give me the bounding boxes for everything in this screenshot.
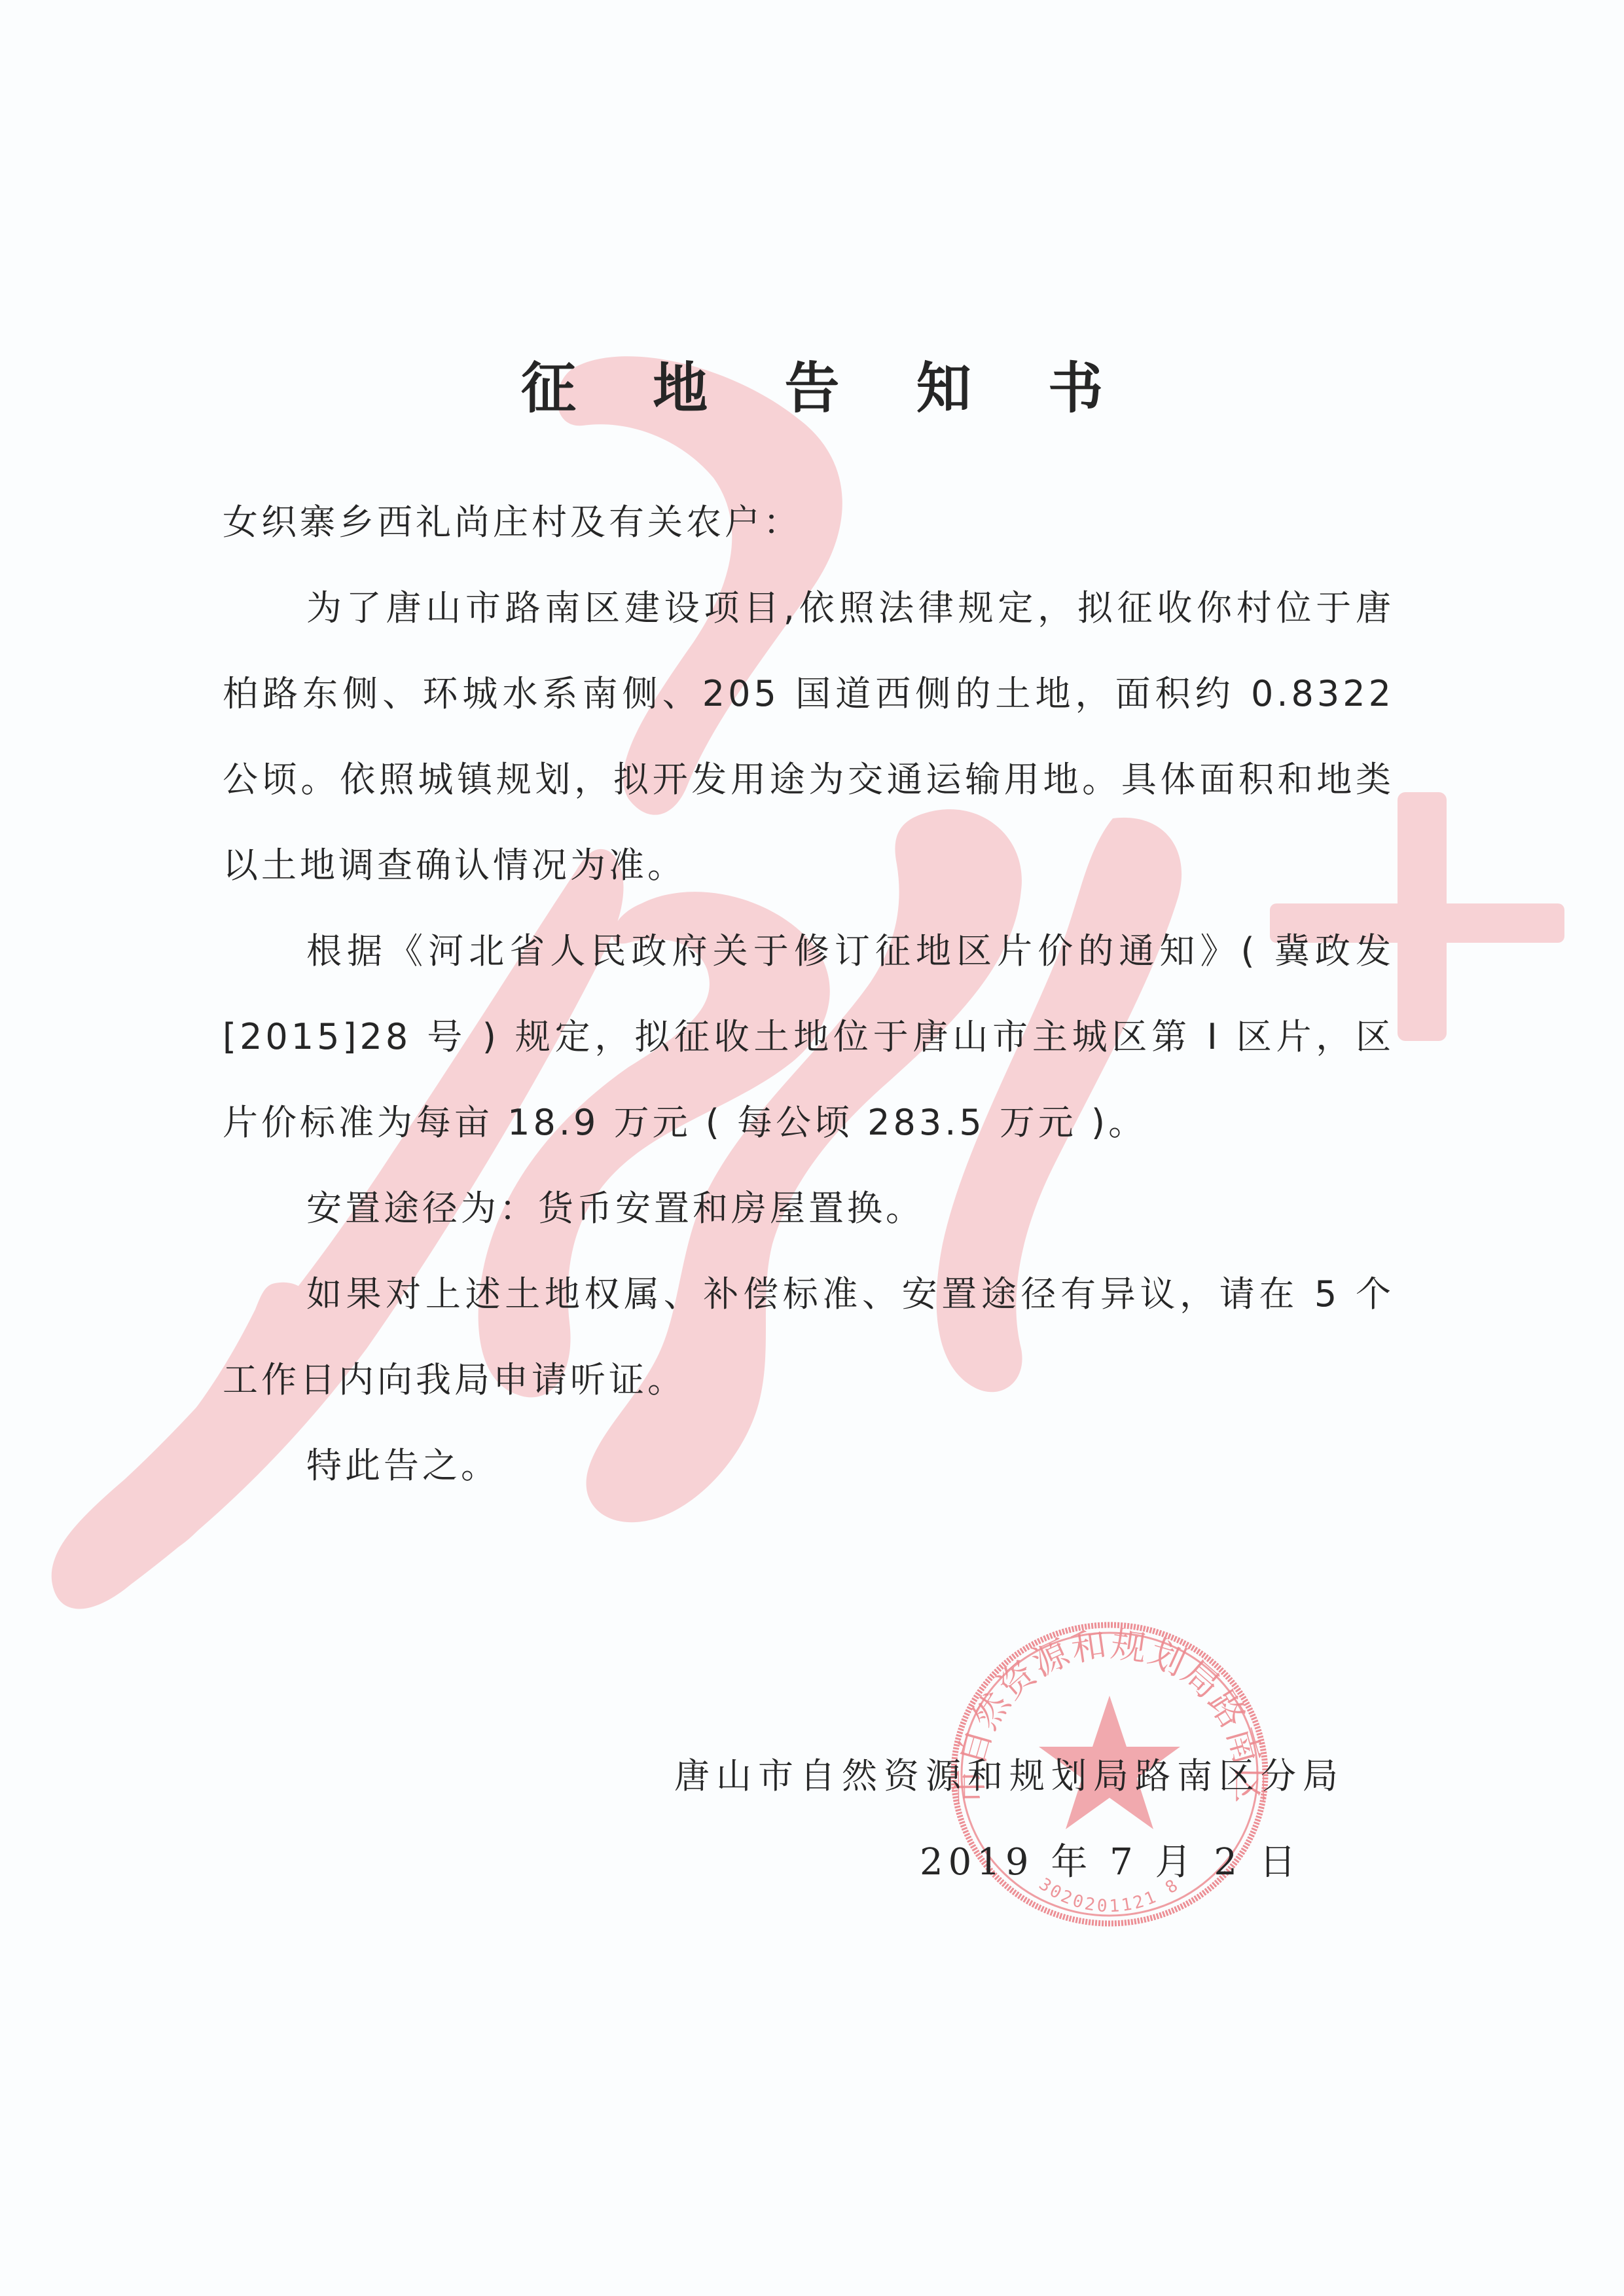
paragraph-closing: 特此告之。 xyxy=(223,1423,1394,1508)
salutation: 女织寨乡西礼尚庄村及有关农户： xyxy=(223,479,1401,565)
paragraph-compensation-standard: 根据《河北省人民政府关于修订征地区片价的通知》( 冀政发[2015]28 号 )… xyxy=(223,908,1394,1165)
document-page: 征 地 告 知 书 女织寨乡西礼尚庄村及有关农户： 为了唐山市路南区建设项目,依… xyxy=(0,0,1624,2296)
issue-date: 2019 年 7 月 2 日 xyxy=(920,1833,1301,1886)
paragraph-project-scope: 为了唐山市路南区建设项目,依照法律规定，拟征收你村位于唐柏路东侧、环城水系南侧、… xyxy=(223,565,1394,908)
paragraph-resettlement: 安置途径为：货币安置和房屋置换。 xyxy=(223,1165,1394,1251)
document-body: 为了唐山市路南区建设项目,依照法律规定，拟征收你村位于唐柏路东侧、环城水系南侧、… xyxy=(223,565,1394,1508)
document-content: 征 地 告 知 书 女织寨乡西礼尚庄村及有关农户： 为了唐山市路南区建设项目,依… xyxy=(0,0,1624,2296)
document-title: 征 地 告 知 书 xyxy=(0,344,1624,424)
paragraph-hearing-rights: 如果对上述土地权属、补偿标准、安置途径有异议，请在 5 个工作日内向我局申请听证… xyxy=(223,1251,1394,1423)
issuing-authority: 唐山市自然资源和规划局路南区分局 xyxy=(674,1748,1344,1798)
